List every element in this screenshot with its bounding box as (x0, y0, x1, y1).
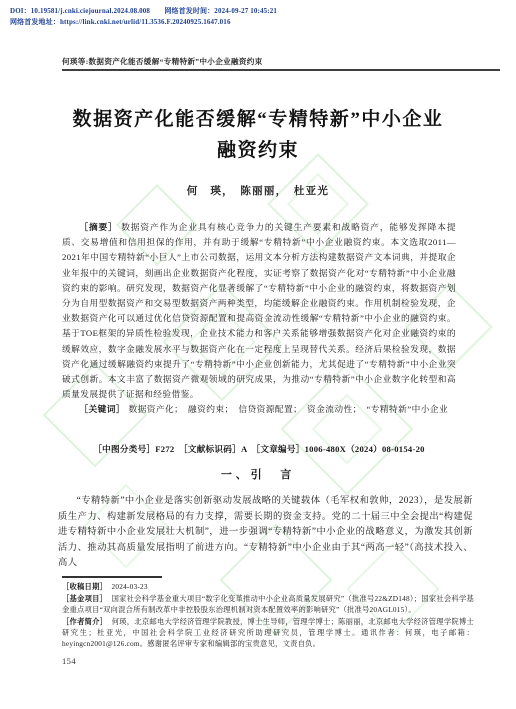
section-heading-introduction: 一、引 言 (0, 466, 516, 482)
abstract-label: ［摘要］ (79, 222, 117, 232)
keywords-text: 数据资产化； 融资约束； 信贷资源配置； 资金流动性； “专精特新”中小企业 (128, 404, 448, 414)
footnote-separator-rule (62, 576, 162, 578)
keywords-paragraph: ［关键词］数据资产化； 融资约束； 信贷资源配置； 资金流动性； “专精特新”中… (62, 402, 456, 417)
abstract-text: 数据资产作为企业具有核心竞争力的关键生产要素和战略资产，能够发挥降本提质、交易增… (62, 222, 456, 399)
doi-line: DOI：10.19581/j.cnki.ciejournal.2024.08.0… (10, 6, 490, 17)
first-publication-header: DOI：10.19581/j.cnki.ciejournal.2024.08.0… (10, 6, 490, 27)
author-bio-text: 何瑛，北京邮电大学经济管理学院教授，博士生导师，管理学博士；陈丽丽，北京邮电大学… (62, 617, 474, 649)
footnotes: ［收稿日期］2024-03-23 ［基金项目］国家社会科学基金重大项目“数字化变… (62, 581, 474, 650)
funding-text: 国家社会科学基金重大项目“数字化变革推动中小企业高质量发展研究”（批准号22&Z… (62, 594, 474, 614)
received-date-value: 2024-03-23 (111, 582, 147, 591)
running-head-text: 何瑛等:数据资产化能否缓解“专精特新”中小企业融资约束 (62, 56, 263, 70)
introduction-paragraph: “专精特新”中小企业是落实创新驱动发展战略的关键载体（毛军权和敦帅，2023），… (58, 494, 473, 572)
abstract-paragraph: ［摘要］数据资产作为企业具有核心竞争力的关键生产要素和战略资产，能够发挥降本提质… (62, 220, 456, 402)
footnote-received-date: ［收稿日期］2024-03-23 (62, 581, 474, 592)
article-title: 数据资产化能否缓解“专精特新”中小企业 融资约束 (0, 104, 516, 166)
publication-url-line: 网络首发地址：https://link.cnki.net/urlid/11.35… (10, 17, 490, 28)
authors: 何 瑛， 陈丽丽， 杜亚光 (0, 183, 516, 198)
url-label: 网络首发地址： (10, 18, 60, 26)
abstract-block: ［摘要］数据资产作为企业具有核心竞争力的关键生产要素和战略资产，能够发挥降本提质… (62, 220, 456, 418)
running-head: 何瑛等:数据资产化能否缓解“专精特新”中小企业融资约束 (62, 56, 500, 70)
footnote-funding: ［基金项目］国家社会科学基金重大项目“数字化变革推动中小企业高质量发展研究”（批… (62, 593, 474, 616)
author-bio-label: ［作者简介］ (62, 617, 107, 626)
article-title-line1: 数据资产化能否缓解“专精特新”中小企业 (0, 104, 516, 135)
page-number: 154 (62, 656, 76, 666)
footnote-author-bio: ［作者简介］何瑛，北京邮电大学经济管理学院教授，博士生导师，管理学博士；陈丽丽，… (62, 616, 474, 650)
funding-label: ［基金项目］ (62, 594, 107, 603)
paper-page: DOI：10.19581/j.cnki.ciejournal.2024.08.0… (0, 0, 516, 709)
received-date-label: ［收稿日期］ (62, 582, 107, 591)
header-rule (62, 69, 500, 71)
keywords-label: ［关键词］ (79, 404, 125, 414)
introduction-text: “专精特新”中小企业是落实创新驱动发展战略的关键载体（毛军权和敦帅，2023），… (58, 494, 473, 572)
classification-line: ［中图分类号］F272 ［文献标识码］A ［文章编号］1006-480X（202… (62, 443, 456, 455)
article-title-line2: 融资约束 (0, 135, 516, 166)
publication-url-link[interactable]: https://link.cnki.net/urlid/11.3536.F.20… (60, 18, 231, 26)
